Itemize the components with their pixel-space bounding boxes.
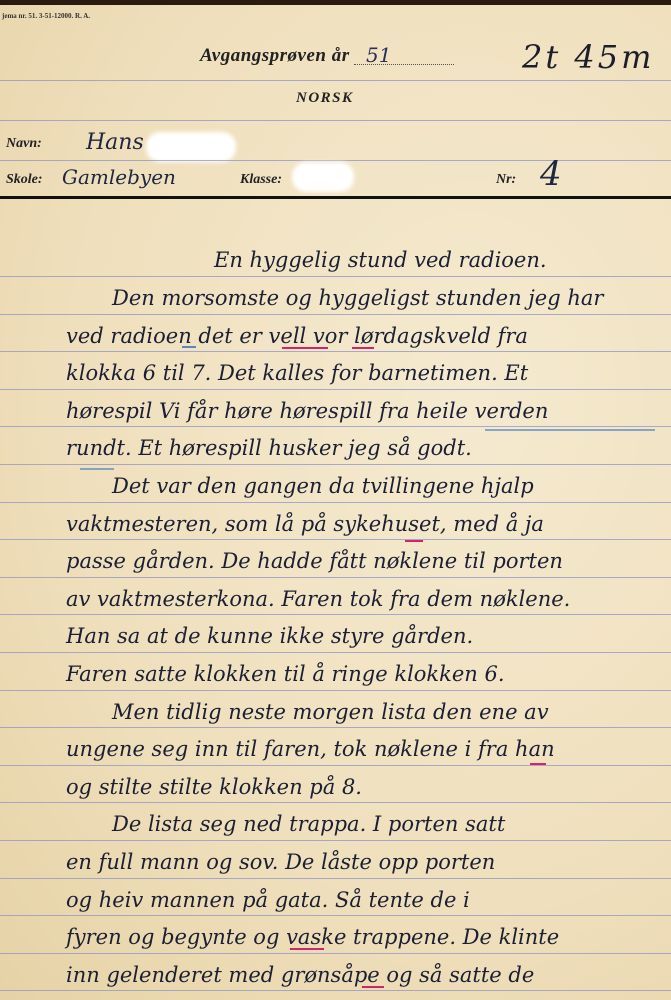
correction-mark xyxy=(290,948,324,950)
redaction-name xyxy=(146,132,236,162)
ruled-line xyxy=(0,802,671,803)
page-top-edge xyxy=(0,0,671,5)
class-label: Klasse: xyxy=(240,172,282,188)
ruled-line xyxy=(0,426,671,427)
essay-line: fyren og begynte og vaske trappene. De k… xyxy=(66,925,559,949)
essay-title: En hyggelig stund ved radioen. xyxy=(214,248,547,272)
ruled-line xyxy=(0,351,671,352)
correction-mark xyxy=(352,347,374,349)
essay-line: vaktmesteren, som lå på sykehuset, med å… xyxy=(66,512,544,536)
essay-line: klokka 6 til 7. Det kalles for barnetime… xyxy=(66,361,528,385)
ruled-line xyxy=(0,389,671,390)
essay-line: Den morsomste og hyggeligst stunden jeg … xyxy=(112,286,603,310)
ruled-line xyxy=(0,765,671,766)
number-label: Nr: xyxy=(496,172,516,188)
school-value: Gamlebyen xyxy=(62,165,176,189)
essay-line: en full mann og sov. De låste opp porten xyxy=(66,850,495,874)
essay-line: rundt. Et hørespill husker jeg så godt. xyxy=(66,436,472,460)
school-label: Skole: xyxy=(6,172,43,188)
ruled-line xyxy=(0,502,671,503)
correction-mark xyxy=(405,540,423,542)
essay-line: ved radioen det er vell vor lørdagskveld… xyxy=(66,324,528,348)
essay-line: Faren satte klokken til å ringe klokken … xyxy=(66,662,505,686)
ruled-line xyxy=(0,539,671,540)
essay-line: Men tidlig neste morgen lista den ene av xyxy=(112,700,549,724)
ruled-line xyxy=(0,915,671,916)
name-label: Navn: xyxy=(6,136,42,152)
correction-mark xyxy=(282,347,328,349)
ruled-line xyxy=(0,878,671,879)
time-note: 2t 45m xyxy=(522,38,654,76)
ruled-line xyxy=(0,727,671,728)
ruled-line xyxy=(0,990,671,991)
correction-mark xyxy=(182,346,196,348)
ruled-line xyxy=(0,953,671,954)
correction-mark xyxy=(80,468,114,470)
ruled-line xyxy=(0,314,671,315)
ruled-line xyxy=(0,577,671,578)
ruled-line xyxy=(0,690,671,691)
name-value: Hans xyxy=(86,130,144,155)
exam-year: 51 xyxy=(354,43,454,65)
essay-line: av vaktmesterkona. Faren tok fra dem nøk… xyxy=(66,587,570,611)
exam-heading: Avgangsprøven år xyxy=(200,45,350,67)
essay-line: inn gelenderet med grønsåpe og så satte … xyxy=(66,963,534,987)
ruled-line xyxy=(0,464,671,465)
correction-mark xyxy=(362,986,384,988)
ruled-line xyxy=(0,614,671,615)
essay-line: ungene seg inn til faren, tok nøklene i … xyxy=(66,737,555,761)
essay-line: Han sa at de kunne ikke styre gården. xyxy=(66,624,473,648)
correction-mark xyxy=(530,763,546,765)
number-value: 4 xyxy=(540,154,562,194)
subject-title: NORSK xyxy=(296,90,354,107)
essay-line: og stilte stilte klokken på 8. xyxy=(66,775,362,799)
ruled-line xyxy=(0,80,671,81)
essay-line: hørespil Vi får høre hørespill fra heile… xyxy=(66,399,548,423)
header-divider xyxy=(0,196,671,199)
form-code: jema nr. 51. 3-51-12000. R. A. xyxy=(2,12,90,20)
ruled-line xyxy=(0,160,671,161)
essay-line: De lista seg ned trappa. I porten satt xyxy=(112,812,505,836)
essay-line: og heiv mannen på gata. Så tente de i xyxy=(66,888,470,912)
ruled-line xyxy=(0,276,671,277)
ruled-line xyxy=(0,120,671,121)
ruled-line xyxy=(0,652,671,653)
essay-line: Det var den gangen da tvillingene hjalp xyxy=(112,474,534,498)
ruled-line xyxy=(0,840,671,841)
essay-line: passe gården. De hadde fått nøklene til … xyxy=(66,549,563,573)
correction-mark xyxy=(485,429,655,431)
redaction-class xyxy=(292,162,354,192)
